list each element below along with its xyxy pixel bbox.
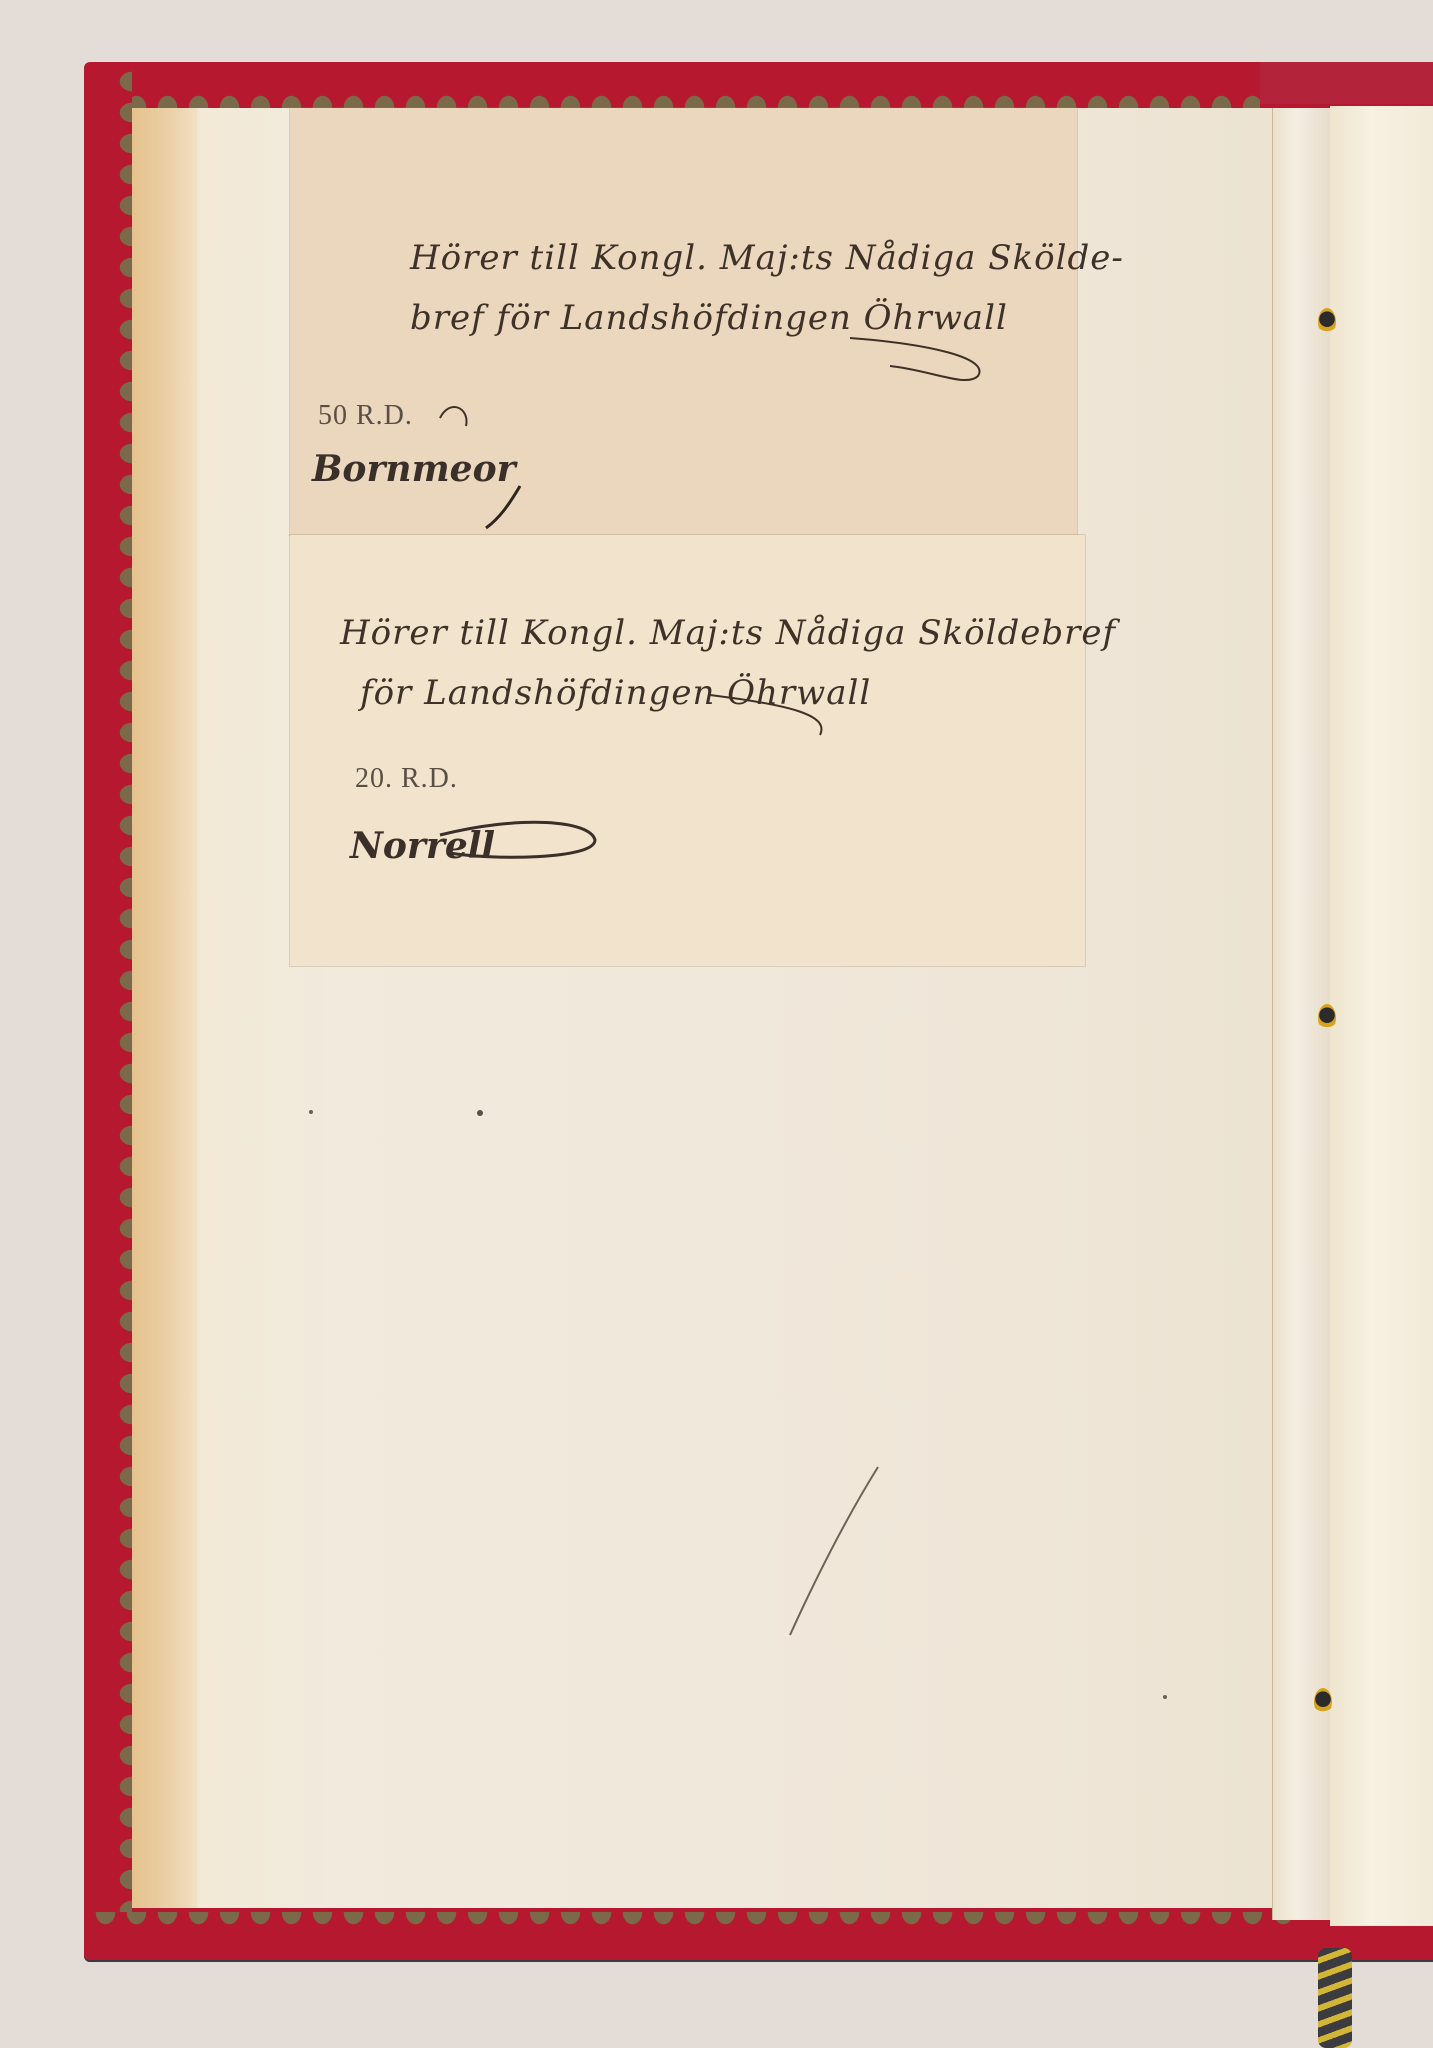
bookmark-tassel xyxy=(1318,1948,1352,2048)
pen-flourish-icon xyxy=(290,108,1077,535)
facing-page xyxy=(1330,106,1433,1926)
sewing-hole-icon xyxy=(1318,308,1336,336)
sewing-hole-icon xyxy=(1318,1004,1336,1032)
gilt-border-top xyxy=(90,66,1260,108)
gilt-border-left xyxy=(90,66,132,1954)
glue-stain xyxy=(132,108,197,1908)
sewing-hole-icon xyxy=(1314,1688,1332,1716)
gilt-border-bottom xyxy=(90,1912,1290,1954)
spine-hinge xyxy=(1260,62,1433,104)
mounted-slip-2: Hörer till Kongl. Maj:ts Nådiga Sköldebr… xyxy=(290,535,1085,966)
pen-flourish-icon xyxy=(290,535,1085,966)
mounted-slip-1: Hörer till Kongl. Maj:ts Nådiga Skölde- … xyxy=(290,108,1077,535)
